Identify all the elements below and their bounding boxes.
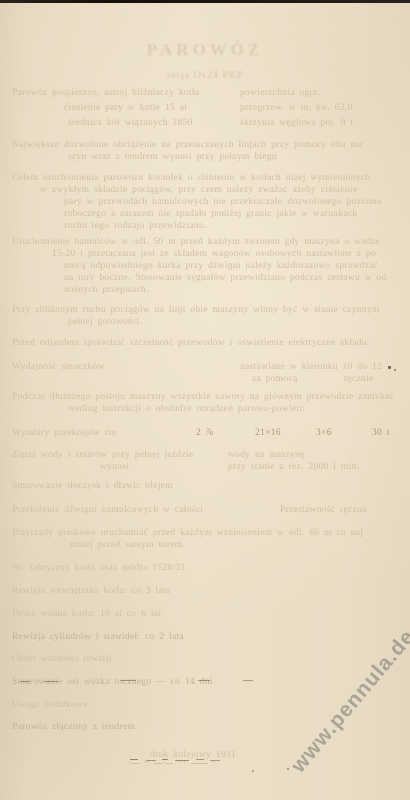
text-line: średnica kół wiązanych 1850: [68, 118, 226, 130]
text-line: powierzchnia ogrz.: [240, 88, 336, 100]
text-line: Podczas dłuższego postoju maszyny wszyst…: [12, 392, 395, 404]
text-line: przy stanie z rez. 2000 l min.: [228, 462, 395, 474]
ink-speck: [20, 681, 30, 682]
ink-speck: [130, 759, 138, 760]
text-line: przegrzew. w m. kw. 62,0: [240, 103, 382, 115]
text-line: Rewizja cylindrów i stawideł: co 2 lata: [12, 632, 244, 644]
text-line: za pomocą: [252, 374, 314, 386]
text-line: wynosi: [100, 462, 142, 474]
text-line: Największe dozwolone obciążenie na przet…: [12, 140, 395, 152]
text-line: Przestawność ręczna: [280, 505, 398, 517]
text-line: Wymiary przekrojów rur: [12, 428, 154, 440]
document-title: PAROWÓZ: [0, 40, 410, 60]
ink-speck: [388, 366, 391, 369]
text-line: 3×6: [316, 428, 342, 440]
text-line: Zapas wody i smarów przy pełnej jeździe: [12, 450, 214, 462]
document-subtitle: serja Os24 PKP: [0, 70, 410, 81]
ink-speck: [243, 680, 253, 681]
text-line: Uwagi dodatkowe: [12, 700, 118, 712]
text-line: skrzynia węglowa poj. 8 t: [240, 118, 390, 130]
text-line: Przełożenie dźwigni hamulcowych w całośc…: [12, 505, 217, 517]
text-line: nastawiane w kierunku 10 do 12: [240, 362, 392, 374]
text-line: mniej przed samym torem.: [70, 540, 232, 552]
text-line: Okres ważności rewizji: [12, 654, 162, 666]
ink-speck: [162, 759, 168, 760]
watermark: www.pennula.de: [287, 578, 410, 777]
text-line: 2 ⅞: [196, 428, 222, 440]
text-line: 21×16: [255, 428, 291, 440]
text-line: Parowóz pospieszny, ustrój bliźniaczy ko…: [12, 88, 210, 100]
text-line: Rewizja wewnętrzna kotła: co 3 lata: [12, 586, 230, 598]
text-line: Smarowanie osi wózka tocznego — co 14 dn…: [12, 677, 249, 689]
text-line: według instrukcji o obsłudze urządzeń pa…: [68, 404, 304, 416]
text-line: w zwykłym składzie pociągów, przy czem n…: [40, 185, 396, 197]
text-line: Smarowanie tłoczysk i dławic olejem: [12, 481, 180, 493]
text-line: pary w przewodach hamulcowych nie przekr…: [64, 197, 395, 209]
text-line: pełnej gotowości.: [68, 317, 154, 329]
ink-speck: [252, 770, 254, 772]
text-line: 30 t: [372, 428, 398, 440]
text-line: wody na maszynę: [228, 450, 350, 462]
text-line: ciśnienie pary w kotle 15 at: [64, 103, 236, 115]
text-line: mocą odpowiedniego kurka przy dźwigni na…: [64, 261, 395, 273]
document-page: PAROWÓZ serja Os24 PKP Parowóz pospieszn…: [0, 0, 410, 800]
ink-speck: [146, 760, 156, 761]
text-line: nośnych przepisach.: [64, 285, 186, 297]
ink-speck: [44, 681, 58, 682]
ink-speck: [196, 759, 204, 760]
ink-speck: [287, 768, 289, 770]
text-line: Przyrządy piaskowe uruchamiać przed każd…: [12, 528, 395, 540]
text-line: Celem uruchomienia parowozu kociołek o c…: [12, 173, 395, 185]
text-line: Wydajność smoczków: [12, 362, 152, 374]
text-line: ruchu tego rodzaju przewidziano.: [64, 221, 272, 233]
ink-speck: [394, 369, 396, 371]
text-line: ręcznie: [344, 374, 386, 386]
scan-edge-artifact: [0, 0, 410, 3]
ink-speck: [210, 760, 220, 761]
text-line: Parowóz złączony z tendrem: [12, 722, 164, 734]
ink-speck: [175, 760, 189, 761]
ink-speck: [198, 680, 210, 681]
text-line: szyn wraz z tendrem wynosi przy pełnym b…: [68, 152, 330, 164]
text-line: na tory boczne. Stosowanie sygnałów prze…: [64, 273, 395, 285]
text-line: Przed odjazdem sprawdzić szczelność prze…: [12, 338, 382, 350]
text-line: roboczego a zarazem nie spadało poniżej …: [64, 209, 395, 221]
text-line: 15-20 t przetaczana jest ze składem wago…: [52, 249, 395, 261]
text-line: ·— ·· —·— ··· —— ·: [128, 757, 258, 769]
text-line: Nr. fabryczny kotła oraz tendra 1528/31: [12, 563, 224, 575]
ink-speck: [120, 680, 136, 681]
text-line: Uruchomienie hamulców w odl. 50 m przed …: [12, 237, 395, 249]
text-line: Próba wodna kotła: 19 at co 6 lat: [12, 609, 212, 621]
text-line: Przy zbliżonym ruchu pociągów na linji o…: [12, 305, 395, 317]
